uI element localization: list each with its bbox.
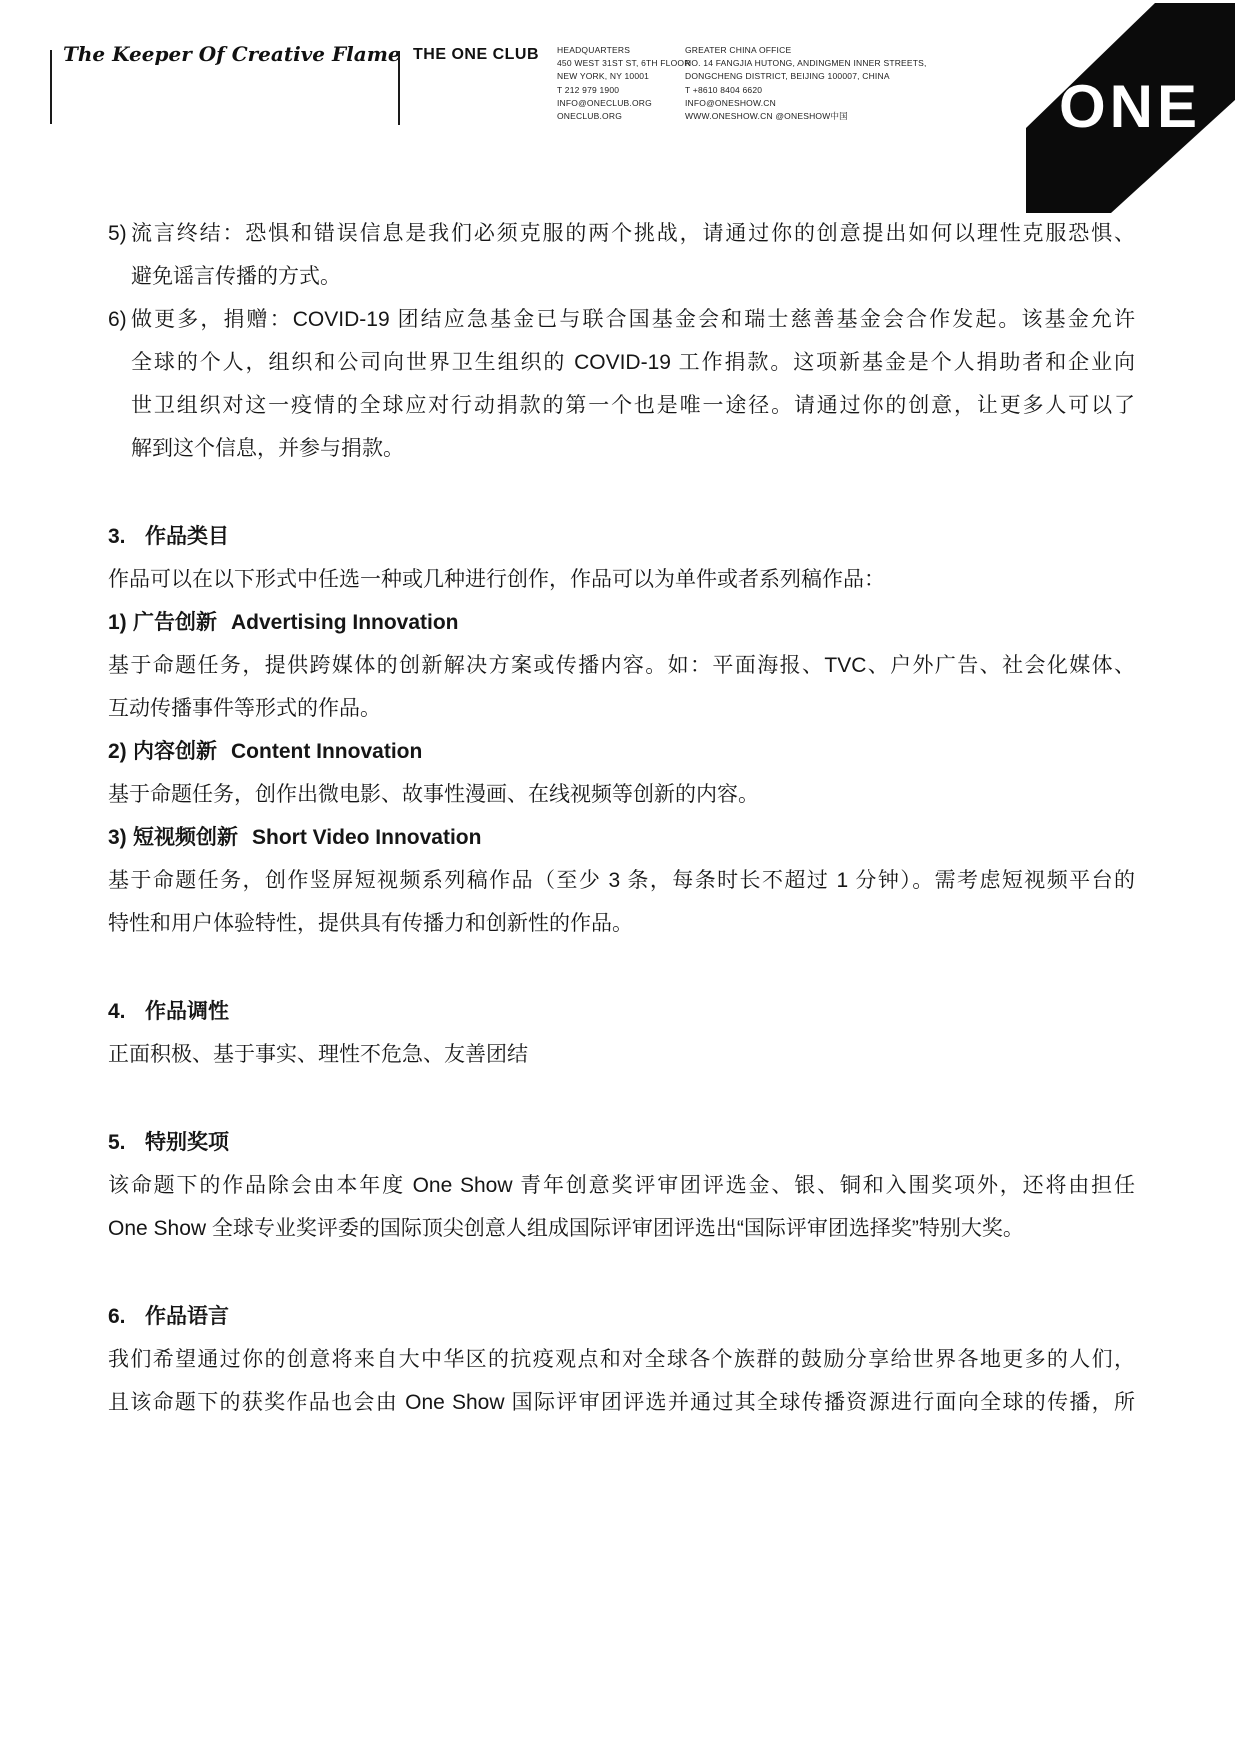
- subheading-chinese: 广告创新: [133, 611, 217, 634]
- block-content: 广告创新Advertising Innovation: [133, 601, 1135, 644]
- address-line: NO. 14 FANGJIA HUTONG, ANDINGMEN INNER S…: [685, 57, 927, 70]
- heading-text: 作品语言: [145, 1295, 1135, 1338]
- text-line: One Show 全球专业奖评委的国际顶尖创意人组成国际评审团评选出“国际评审团…: [108, 1207, 1135, 1250]
- header-divider-left: [50, 50, 52, 124]
- item-5: 5)流言终结：恐惧和错误信息是我们必须克服的两个挑战，请通过你的创意提出如何以理…: [108, 212, 1135, 298]
- china-office-address: GREATER CHINA OFFICE NO. 14 FANGJIA HUTO…: [685, 44, 927, 123]
- list-marker: 1): [108, 601, 133, 644]
- address-line: T 212 979 1900: [557, 84, 691, 97]
- block-content: 做更多，捐赠：COVID-19 团结应急基金已与联合国基金会和瑞士慈善基金会合作…: [131, 298, 1135, 470]
- list-marker: 3.: [108, 515, 145, 558]
- address-line: T +8610 8404 6620: [685, 84, 927, 97]
- block-content: 基于命题任务，提供跨媒体的创新解决方案或传播内容。如：平面海报、TVC、户外广告…: [108, 644, 1135, 730]
- address-title: HEADQUARTERS: [557, 44, 691, 57]
- text-line: 互动传播事件等形式的作品。: [108, 687, 1135, 730]
- item-6: 6)做更多，捐赠：COVID-19 团结应急基金已与联合国基金会和瑞士慈善基金会…: [108, 298, 1135, 470]
- text-line: 避免谣言传播的方式。: [131, 255, 1135, 298]
- text-line: 做更多，捐赠：COVID-19 团结应急基金已与联合国基金会和瑞士慈善基金会合作…: [131, 298, 1135, 341]
- block-content: 作品可以在以下形式中任选一种或几种进行创作，作品可以为单件或者系列稿作品：: [108, 558, 1135, 601]
- block-content: 作品类目: [145, 515, 1135, 558]
- para-text: 正面积极、基于事实、理性不危急、友善团结: [108, 1033, 1135, 1076]
- address-line: ONECLUB.ORG: [557, 110, 691, 123]
- block-content: 基于命题任务，创作出微电影、故事性漫画、在线视频等创新的内容。: [108, 773, 1135, 816]
- section-heading-5: 5.特别奖项: [108, 1121, 1135, 1164]
- subheading-chinese: 短视频创新: [133, 826, 238, 849]
- list-marker: 5): [108, 212, 131, 255]
- tagline: The Keeper Of Creative Flame: [63, 42, 401, 66]
- list-marker: 3): [108, 816, 133, 859]
- para-text: 该命题下的作品除会由本年度 One Show 青年创意奖评审团评选金、银、铜和入…: [108, 1164, 1135, 1250]
- para-text: 基于命题任务，创作出微电影、故事性漫画、在线视频等创新的内容。: [108, 773, 1135, 816]
- subheading-english: Advertising Innovation: [231, 611, 459, 634]
- text-line: 世卫组织对这一疫情的全球应对行动捐款的第一个也是唯一途径。请通过你的创意，让更多…: [131, 384, 1135, 427]
- heading-text: 特别奖项: [145, 1121, 1135, 1164]
- address-line: WWW.ONESHOW.CN @ONESHOW中国: [685, 110, 927, 123]
- address-line: NEW YORK, NY 10001: [557, 70, 691, 83]
- text-line: 基于命题任务，提供跨媒体的创新解决方案或传播内容。如：平面海报、TVC、户外广告…: [108, 644, 1135, 687]
- heading-text: 作品调性: [145, 990, 1135, 1033]
- block-content: 作品语言: [145, 1295, 1135, 1338]
- list-marker: 5.: [108, 1121, 145, 1164]
- para-text: 我们希望通过你的创意将来自大中华区的抗疫观点和对全球各个族群的鼓励分享给世界各地…: [108, 1338, 1135, 1424]
- text-line: 且该命题下的获奖作品也会由 One Show 国际评审团评选并通过其全球传播资源…: [108, 1381, 1135, 1424]
- text-line: 内容创新Content Innovation: [133, 730, 1135, 773]
- heading-text: 作品类目: [145, 515, 1135, 558]
- sub-heading-1: 1)广告创新Advertising Innovation: [108, 601, 1135, 644]
- para-text: 基于命题任务，创作竖屏短视频系列稿作品（至少 3 条，每条时长不超过 1 分钟）…: [108, 859, 1135, 945]
- text-line: 基于命题任务，创作竖屏短视频系列稿作品（至少 3 条，每条时长不超过 1 分钟）…: [108, 859, 1135, 902]
- text-line: 该命题下的作品除会由本年度 One Show 青年创意奖评审团评选金、银、铜和入…: [108, 1164, 1135, 1207]
- address-line: INFO@ONESHOW.CN: [685, 97, 927, 110]
- section-heading-3: 3.作品类目: [108, 515, 1135, 558]
- block-content: 正面积极、基于事实、理性不危急、友善团结: [108, 1033, 1135, 1076]
- brand-name: THE ONE CLUB: [413, 46, 539, 64]
- section-heading-4: 4.作品调性: [108, 990, 1135, 1033]
- headquarters-address: HEADQUARTERS 450 WEST 31ST ST, 6TH FLOOR…: [557, 44, 691, 123]
- block-content: 短视频创新Short Video Innovation: [133, 816, 1135, 859]
- list-marker: 4.: [108, 990, 145, 1033]
- subheading-english: Short Video Innovation: [252, 826, 481, 849]
- text-line: 解到这个信息，并参与捐款。: [131, 427, 1135, 470]
- text-line: 作品可以在以下形式中任选一种或几种进行创作，作品可以为单件或者系列稿作品：: [108, 558, 1135, 601]
- text-line: 正面积极、基于事实、理性不危急、友善团结: [108, 1033, 1135, 1076]
- text-line: 广告创新Advertising Innovation: [133, 601, 1135, 644]
- text-line: 短视频创新Short Video Innovation: [133, 816, 1135, 859]
- subheading-chinese: 内容创新: [133, 740, 217, 763]
- text-line: 全球的个人，组织和公司向世界卫生组织的 COVID-19 工作捐款。这项新基金是…: [131, 341, 1135, 384]
- address-line: INFO@ONECLUB.ORG: [557, 97, 691, 110]
- text-line: 基于命题任务，创作出微电影、故事性漫画、在线视频等创新的内容。: [108, 773, 1135, 816]
- para-text: 作品可以在以下形式中任选一种或几种进行创作，作品可以为单件或者系列稿作品：: [108, 558, 1135, 601]
- list-marker: 2): [108, 730, 133, 773]
- page: The Keeper Of Creative Flame THE ONE CLU…: [0, 0, 1240, 1755]
- block-content: 该命题下的作品除会由本年度 One Show 青年创意奖评审团评选金、银、铜和入…: [108, 1164, 1135, 1250]
- one-club-logo: ONE: [1018, 0, 1238, 216]
- sub-heading-2: 2)内容创新Content Innovation: [108, 730, 1135, 773]
- section-heading-6: 6.作品语言: [108, 1295, 1135, 1338]
- text-line: 流言终结：恐惧和错误信息是我们必须克服的两个挑战，请通过你的创意提出如何以理性克…: [131, 212, 1135, 255]
- address-line: DONGCHENG DISTRICT, BEIJING 100007, CHIN…: [685, 70, 927, 83]
- block-content: 作品调性: [145, 990, 1135, 1033]
- text-line: 特性和用户体验特性，提供具有传播力和创新性的作品。: [108, 902, 1135, 945]
- block-content: 流言终结：恐惧和错误信息是我们必须克服的两个挑战，请通过你的创意提出如何以理性克…: [131, 212, 1135, 298]
- address-title: GREATER CHINA OFFICE: [685, 44, 927, 57]
- list-marker: 6): [108, 298, 131, 341]
- document-body: 5)流言终结：恐惧和错误信息是我们必须克服的两个挑战，请通过你的创意提出如何以理…: [108, 212, 1135, 1424]
- address-line: 450 WEST 31ST ST, 6TH FLOOR: [557, 57, 691, 70]
- block-content: 基于命题任务，创作竖屏短视频系列稿作品（至少 3 条，每条时长不超过 1 分钟）…: [108, 859, 1135, 945]
- block-content: 我们希望通过你的创意将来自大中华区的抗疫观点和对全球各个族群的鼓励分享给世界各地…: [108, 1338, 1135, 1424]
- para-text: 基于命题任务，提供跨媒体的创新解决方案或传播内容。如：平面海报、TVC、户外广告…: [108, 644, 1135, 730]
- block-content: 内容创新Content Innovation: [133, 730, 1135, 773]
- logo-text: ONE: [1059, 73, 1201, 140]
- text-line: 我们希望通过你的创意将来自大中华区的抗疫观点和对全球各个族群的鼓励分享给世界各地…: [108, 1338, 1135, 1381]
- header-divider-mid: [398, 51, 400, 125]
- list-marker: 6.: [108, 1295, 145, 1338]
- subheading-english: Content Innovation: [231, 740, 422, 763]
- block-content: 特别奖项: [145, 1121, 1135, 1164]
- sub-heading-3: 3)短视频创新Short Video Innovation: [108, 816, 1135, 859]
